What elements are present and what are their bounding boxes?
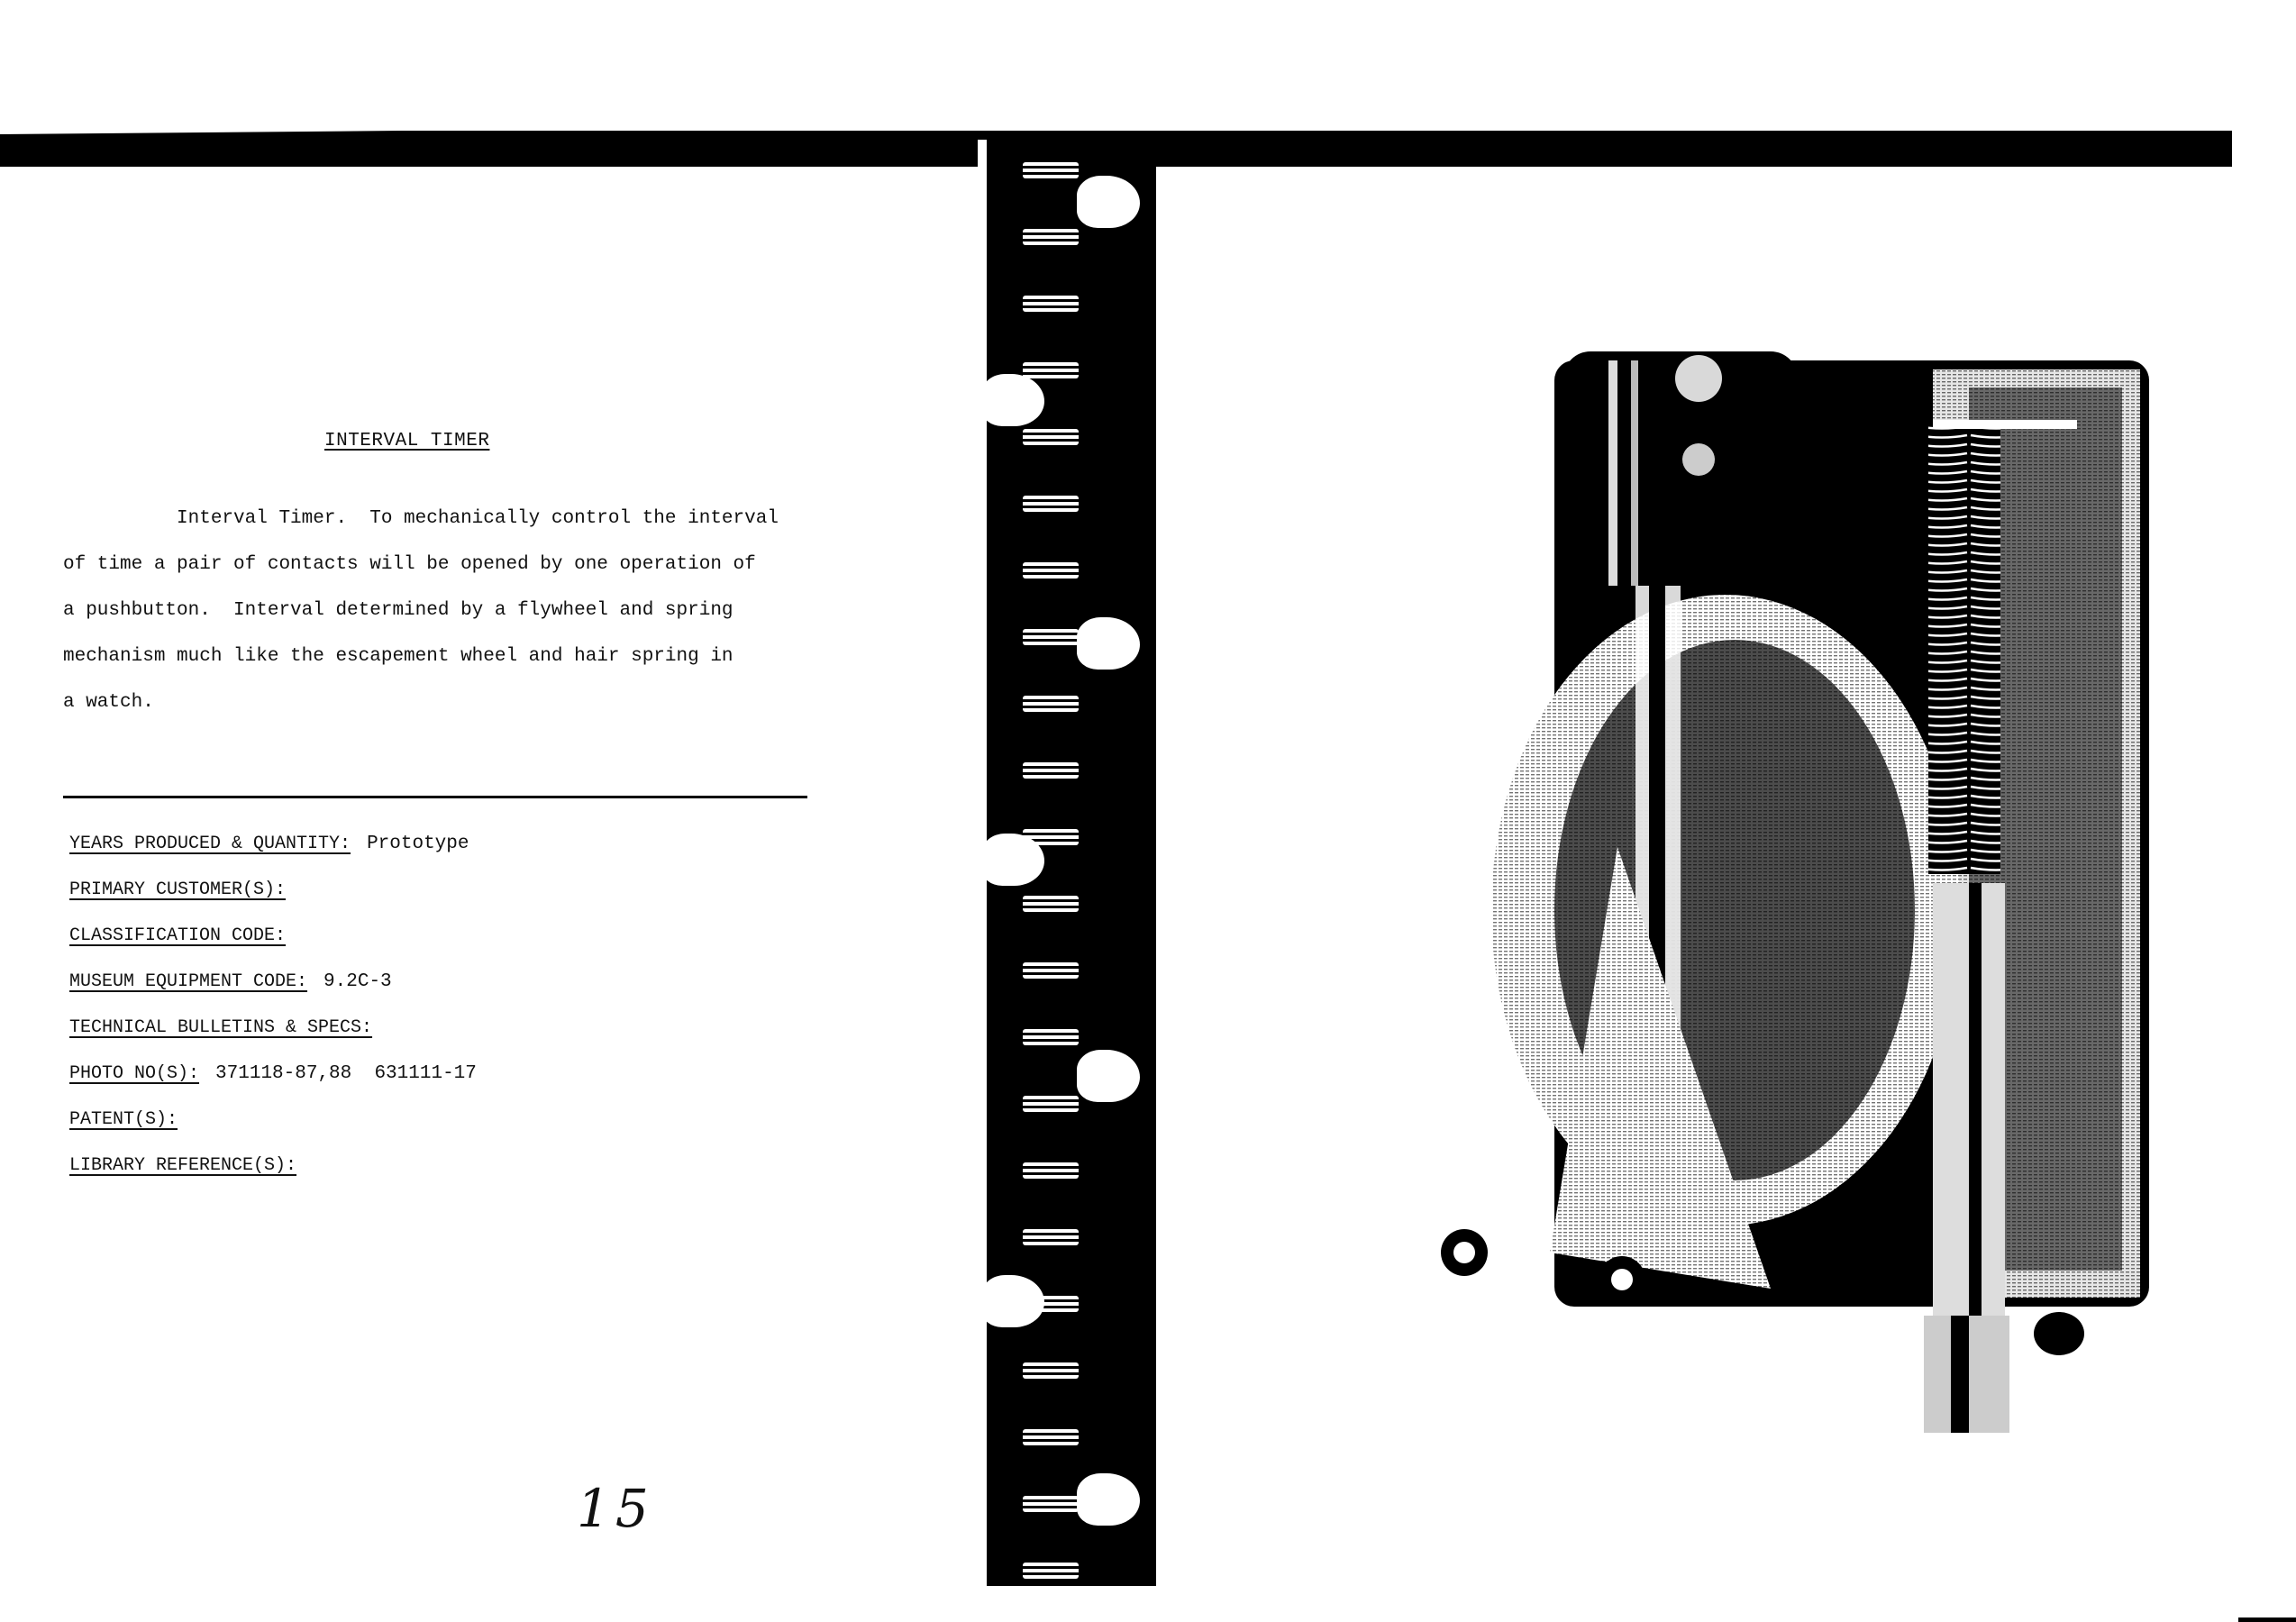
field-photo-numbers: PHOTO NO(S): 371118-87,88 631111-17 (69, 1063, 477, 1109)
field-value: 9.2C-3 (323, 971, 392, 992)
description-line: of time a pair of contacts will be opene… (63, 542, 811, 588)
field-museum-equipment-code: MUSEUM EQUIPMENT CODE: 9.2C-3 (69, 971, 477, 1017)
binding-ring-icon (1023, 1563, 1079, 1579)
binding-ring-icon (1023, 229, 1079, 245)
page-title: INTERVAL TIMER (324, 431, 489, 451)
field-library-references: LIBRARY REFERENCE(S): (69, 1155, 477, 1201)
binding-notch (1077, 617, 1140, 670)
binding-ring-icon (1023, 162, 1079, 178)
field-label: LIBRARY REFERENCE(S): (69, 1155, 296, 1176)
binding-ring-icon (1023, 1096, 1079, 1112)
binding-ring-icon (1023, 1229, 1079, 1245)
interval-timer-photo (1428, 333, 2167, 1442)
binding-notch (1077, 176, 1140, 228)
binding-ring-icon (1023, 562, 1079, 579)
binding-ring-icon (1023, 296, 1079, 312)
record-fields: YEARS PRODUCED & QUANTITY: Prototype PRI… (69, 834, 477, 1201)
binding-ring-icon (1023, 962, 1079, 979)
field-label: CLASSIFICATION CODE: (69, 925, 286, 946)
binding-ring-icon (1023, 1429, 1079, 1445)
description-line: Interval Timer. To mechanically control … (63, 496, 811, 542)
binding-ring-icon (1023, 696, 1079, 712)
field-primary-customers: PRIMARY CUSTOMER(S): (69, 879, 477, 925)
binding-notch (1077, 1050, 1140, 1102)
field-label: TECHNICAL BULLETINS & SPECS: (69, 1017, 372, 1038)
field-label: PRIMARY CUSTOMER(S): (69, 879, 286, 900)
scan-edge-mark (2238, 1617, 2296, 1622)
binding-notch (981, 1275, 1044, 1327)
field-label: MUSEUM EQUIPMENT CODE: (69, 971, 307, 992)
field-value: 371118-87,88 631111-17 (215, 1063, 477, 1084)
field-value: Prototype (367, 834, 469, 854)
binding-notch (981, 834, 1044, 886)
field-label: PATENT(S): (69, 1109, 178, 1130)
section-divider (63, 796, 807, 798)
field-technical-bulletins: TECHNICAL BULLETINS & SPECS: (69, 1017, 477, 1063)
binding-ring-icon (1023, 362, 1079, 378)
spiral-binding-strip (979, 140, 1156, 1586)
field-classification-code: CLASSIFICATION CODE: (69, 925, 477, 971)
field-label: PHOTO NO(S): (69, 1063, 199, 1084)
field-label: YEARS PRODUCED & QUANTITY: (69, 834, 351, 854)
description-paragraph: Interval Timer. To mechanically control … (63, 496, 811, 725)
binding-ring-icon (1023, 1029, 1079, 1045)
description-line: a watch. (63, 679, 811, 725)
description-line: mechanism much like the escapement wheel… (63, 633, 811, 679)
field-years-produced: YEARS PRODUCED & QUANTITY: Prototype (69, 834, 477, 879)
field-patents: PATENT(S): (69, 1109, 477, 1155)
binding-ring-icon (1023, 1496, 1079, 1512)
binding-ring-icon (1023, 762, 1079, 779)
binding-ring-icon (1023, 629, 1079, 645)
binding-ring-icon (1023, 896, 1079, 912)
binding-notch (981, 374, 1044, 426)
binding-ring-icon (1023, 1362, 1079, 1379)
binding-notch (1077, 1473, 1140, 1526)
handwritten-page-number: 15 (577, 1478, 654, 1539)
binding-ring-icon (1023, 1162, 1079, 1179)
binding-ring-icon (1023, 429, 1079, 445)
description-line: a pushbutton. Interval determined by a f… (63, 588, 811, 633)
binding-ring-icon (1023, 496, 1079, 512)
